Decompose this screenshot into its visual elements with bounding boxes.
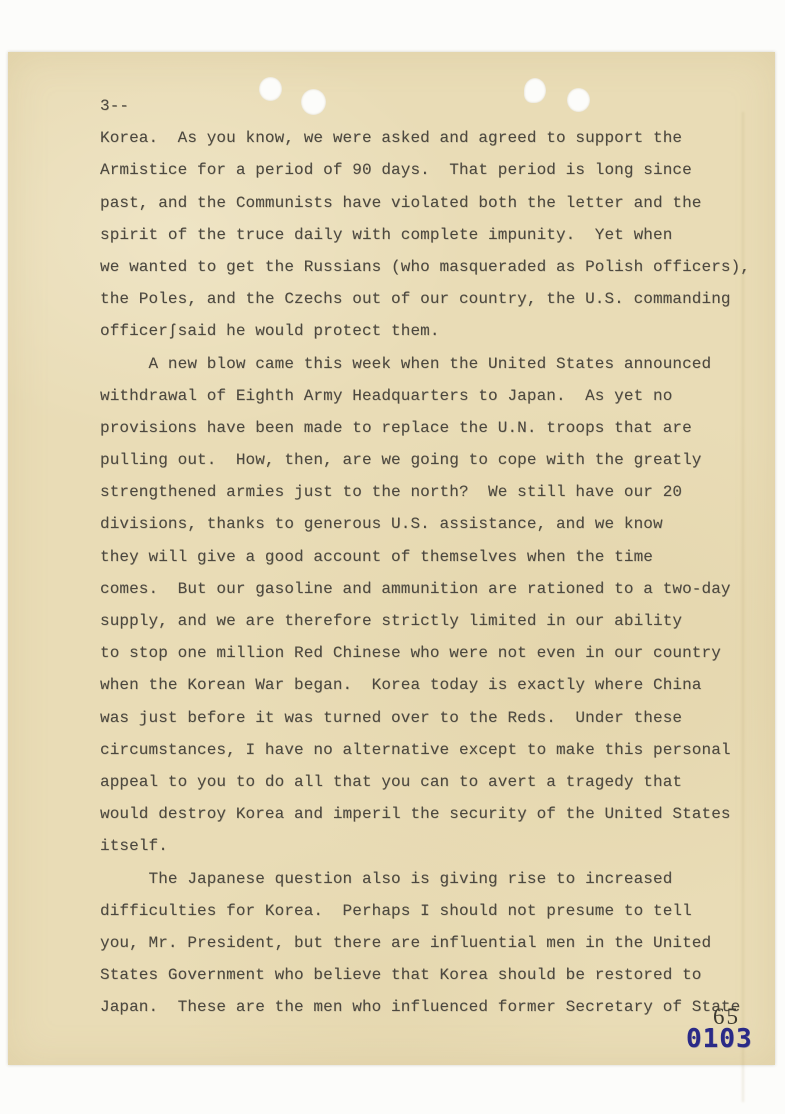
text-line: you, Mr. President, but there are influe… [100, 927, 760, 959]
scan-background: 3--Korea. As you know, we were asked and… [0, 0, 785, 1114]
text-line: officerʃsaid he would protect them. [100, 315, 760, 347]
text-line: they will give a good account of themsel… [100, 541, 760, 573]
archive-stamp-number: 0103 [686, 1024, 753, 1054]
text-line: A new blow came this week when the Unite… [100, 348, 760, 380]
text-line: Korea. As you know, we were asked and ag… [100, 122, 760, 154]
document-page: 3--Korea. As you know, we were asked and… [8, 52, 775, 1065]
text-line: spirit of the truce daily with complete … [100, 219, 760, 251]
text-line: divisions, thanks to generous U.S. assis… [100, 508, 760, 540]
text-line: past, and the Communists have violated b… [100, 187, 760, 219]
text-line: circumstances, I have no alternative exc… [100, 734, 760, 766]
text-line: 3-- [100, 90, 760, 122]
text-line: strengthened armies just to the north? W… [100, 476, 760, 508]
text-line: supply, and we are therefore strictly li… [100, 605, 760, 637]
text-line: Japan. These are the men who influenced … [100, 991, 760, 1023]
text-line: withdrawal of Eighth Army Headquarters t… [100, 380, 760, 412]
text-line: difficulties for Korea. Perhaps I should… [100, 895, 760, 927]
text-line: itself. [100, 830, 760, 862]
text-line: would destroy Korea and imperil the secu… [100, 798, 760, 830]
typewritten-text: 3--Korea. As you know, we were asked and… [100, 90, 760, 1023]
text-line: the Poles, and the Czechs out of our cou… [100, 283, 760, 315]
text-line: The Japanese question also is giving ris… [100, 863, 760, 895]
text-line: was just before it was turned over to th… [100, 702, 760, 734]
text-line: we wanted to get the Russians (who masqu… [100, 251, 760, 283]
text-line: appeal to you to do all that you can to … [100, 766, 760, 798]
text-line: to stop one million Red Chinese who were… [100, 637, 760, 669]
text-line: States Government who believe that Korea… [100, 959, 760, 991]
text-line: Armistice for a period of 90 days. That … [100, 154, 760, 186]
text-line: when the Korean War began. Korea today i… [100, 669, 760, 701]
text-line: comes. But our gasoline and ammunition a… [100, 573, 760, 605]
text-line: provisions have been made to replace the… [100, 412, 760, 444]
text-line: pulling out. How, then, are we going to … [100, 444, 760, 476]
